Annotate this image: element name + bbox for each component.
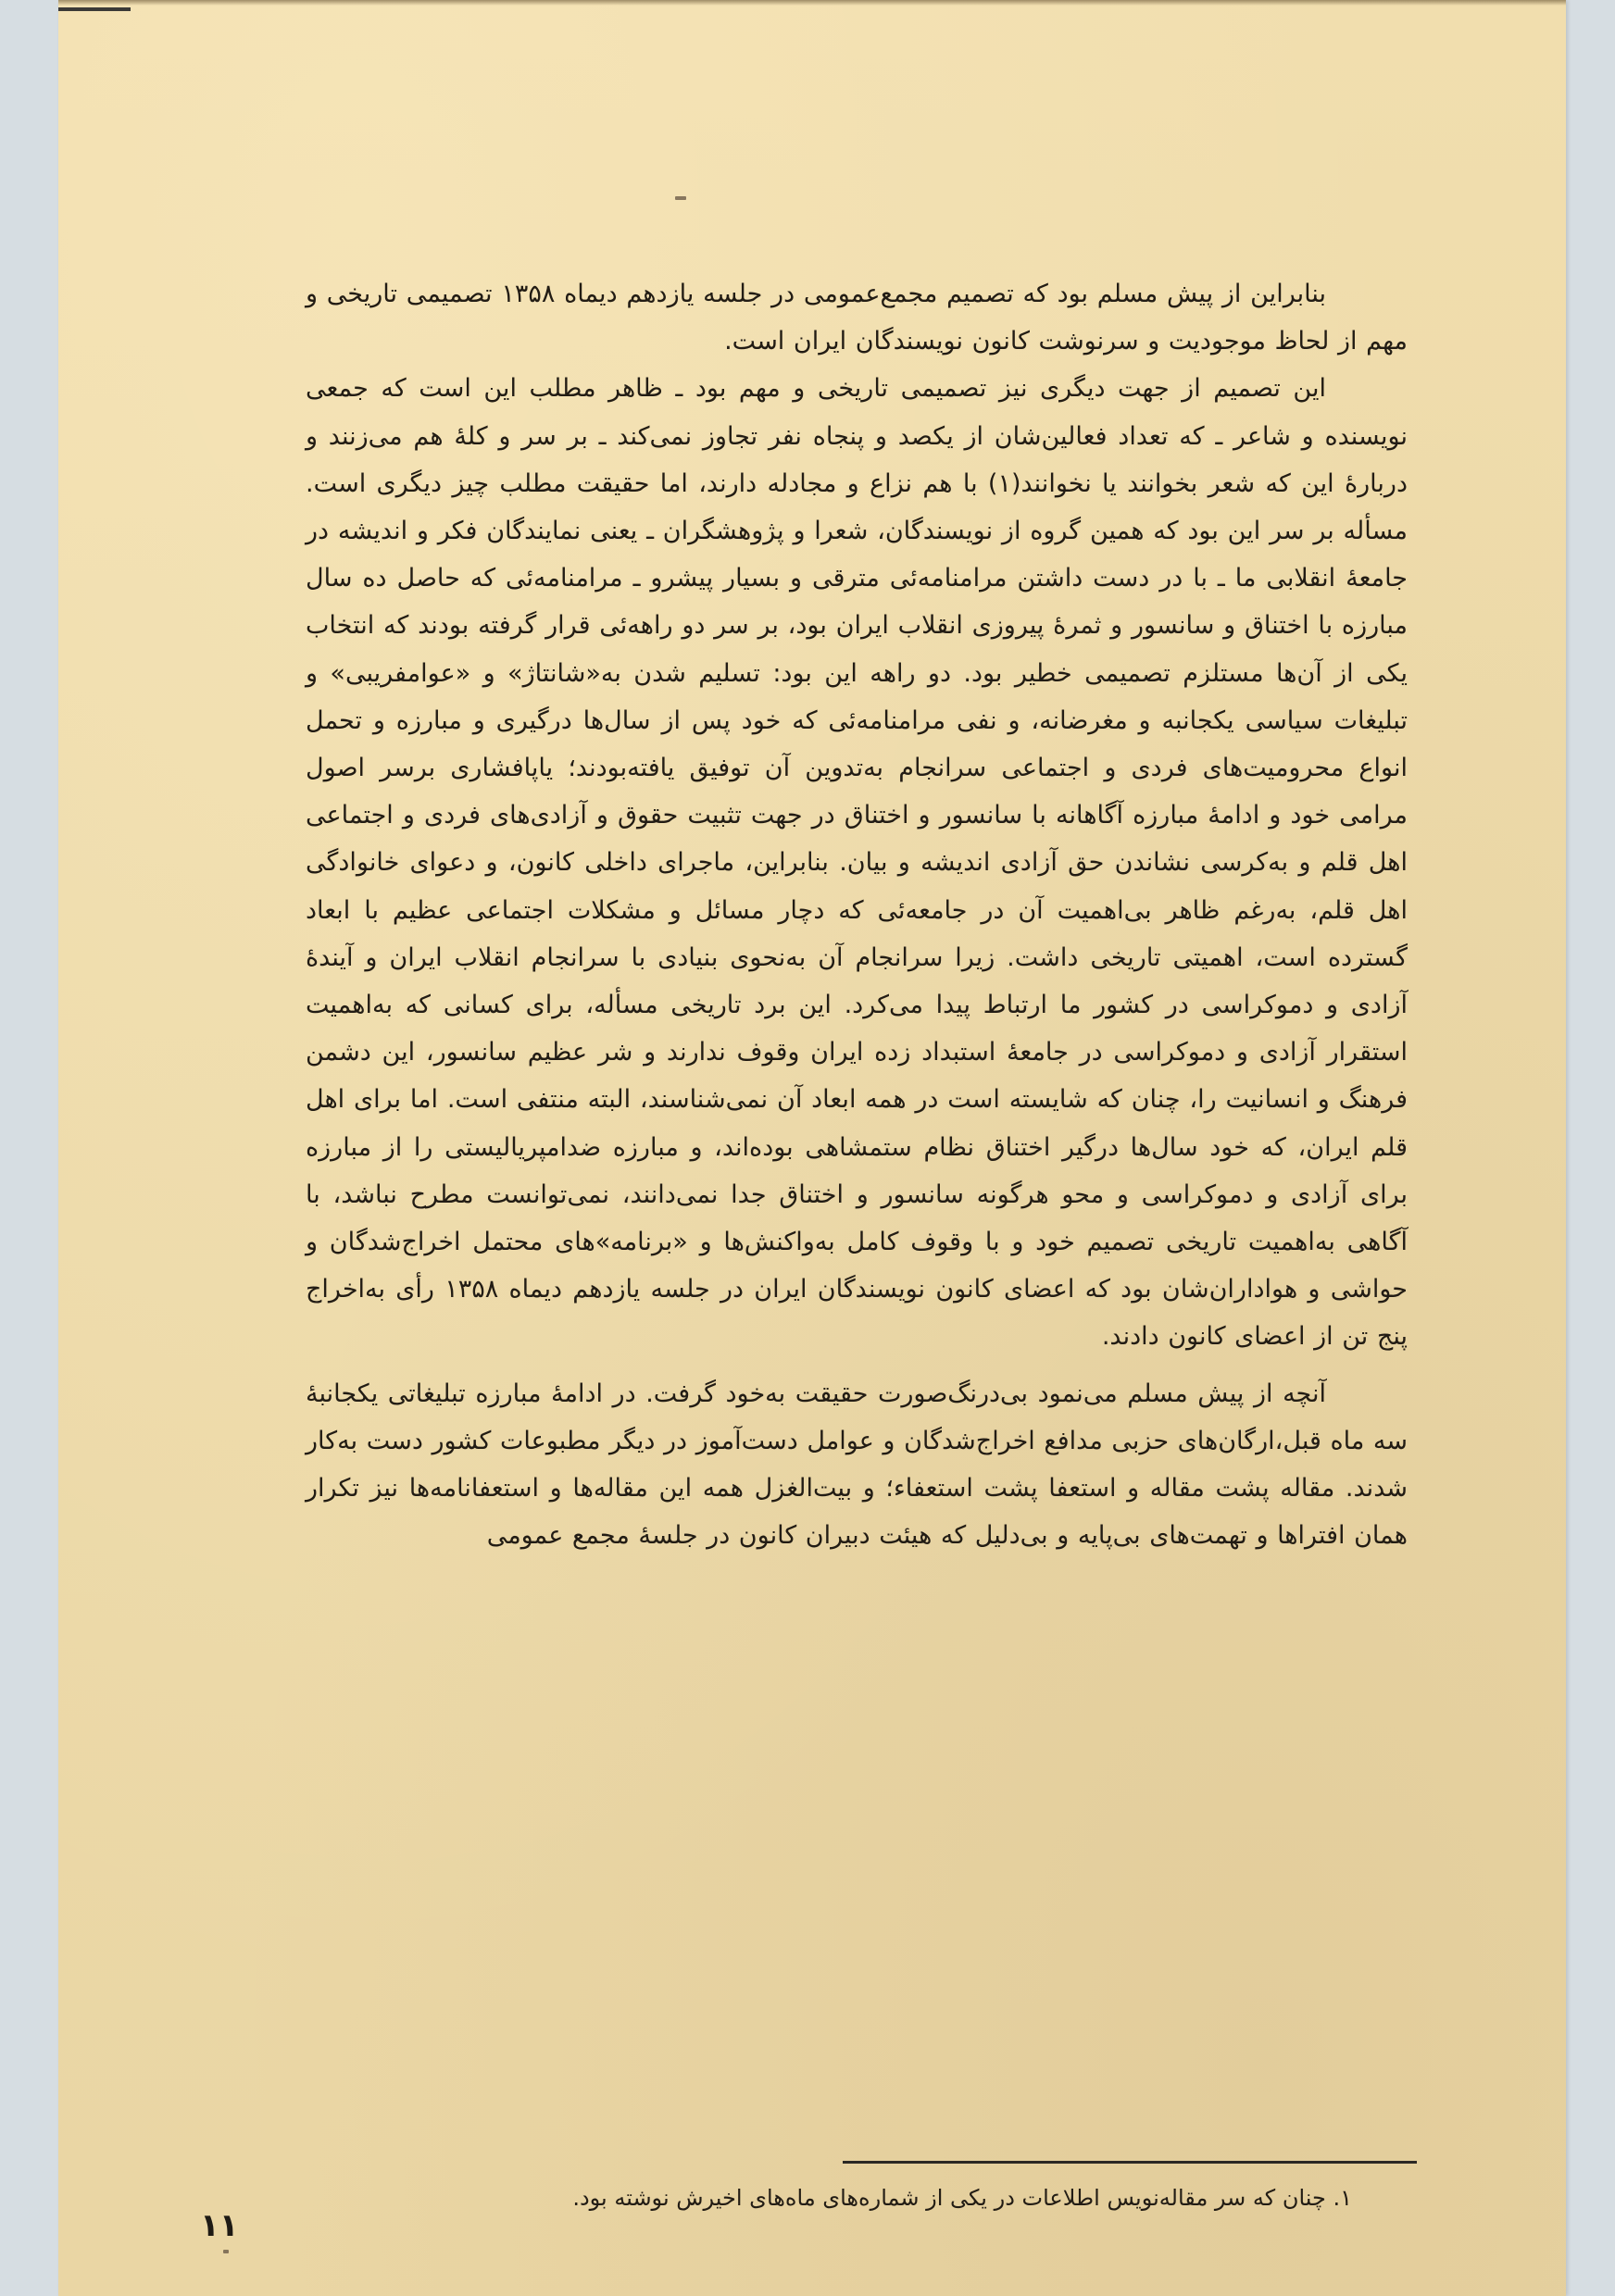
paper-speck (223, 2250, 229, 2253)
page-number: ۱۱ (200, 2207, 239, 2244)
corner-crop-mark (58, 7, 131, 11)
footnote: ۱. چنان که سر مقاله‌نویس اطلاعات در یکی … (306, 2177, 1352, 2218)
book-page: بنابراین از پیش مسلم بود که تصمیم مجمع‌ع… (58, 0, 1566, 2296)
body-text: بنابراین از پیش مسلم بود که تصمیم مجمع‌ع… (306, 270, 1408, 1559)
page-top-shadow (58, 0, 1566, 6)
paper-speck (675, 196, 686, 200)
footnote-divider (843, 2161, 1417, 2164)
paragraph-2: این تصمیم از جهت دیگری نیز تصمیمی تاریخی… (306, 365, 1408, 1360)
paragraph-1: بنابراین از پیش مسلم بود که تصمیم مجمع‌ع… (306, 270, 1408, 365)
paragraph-3: آنچه از پیش مسلم می‌نمود بی‌درنگ‌صورت حق… (306, 1370, 1408, 1560)
